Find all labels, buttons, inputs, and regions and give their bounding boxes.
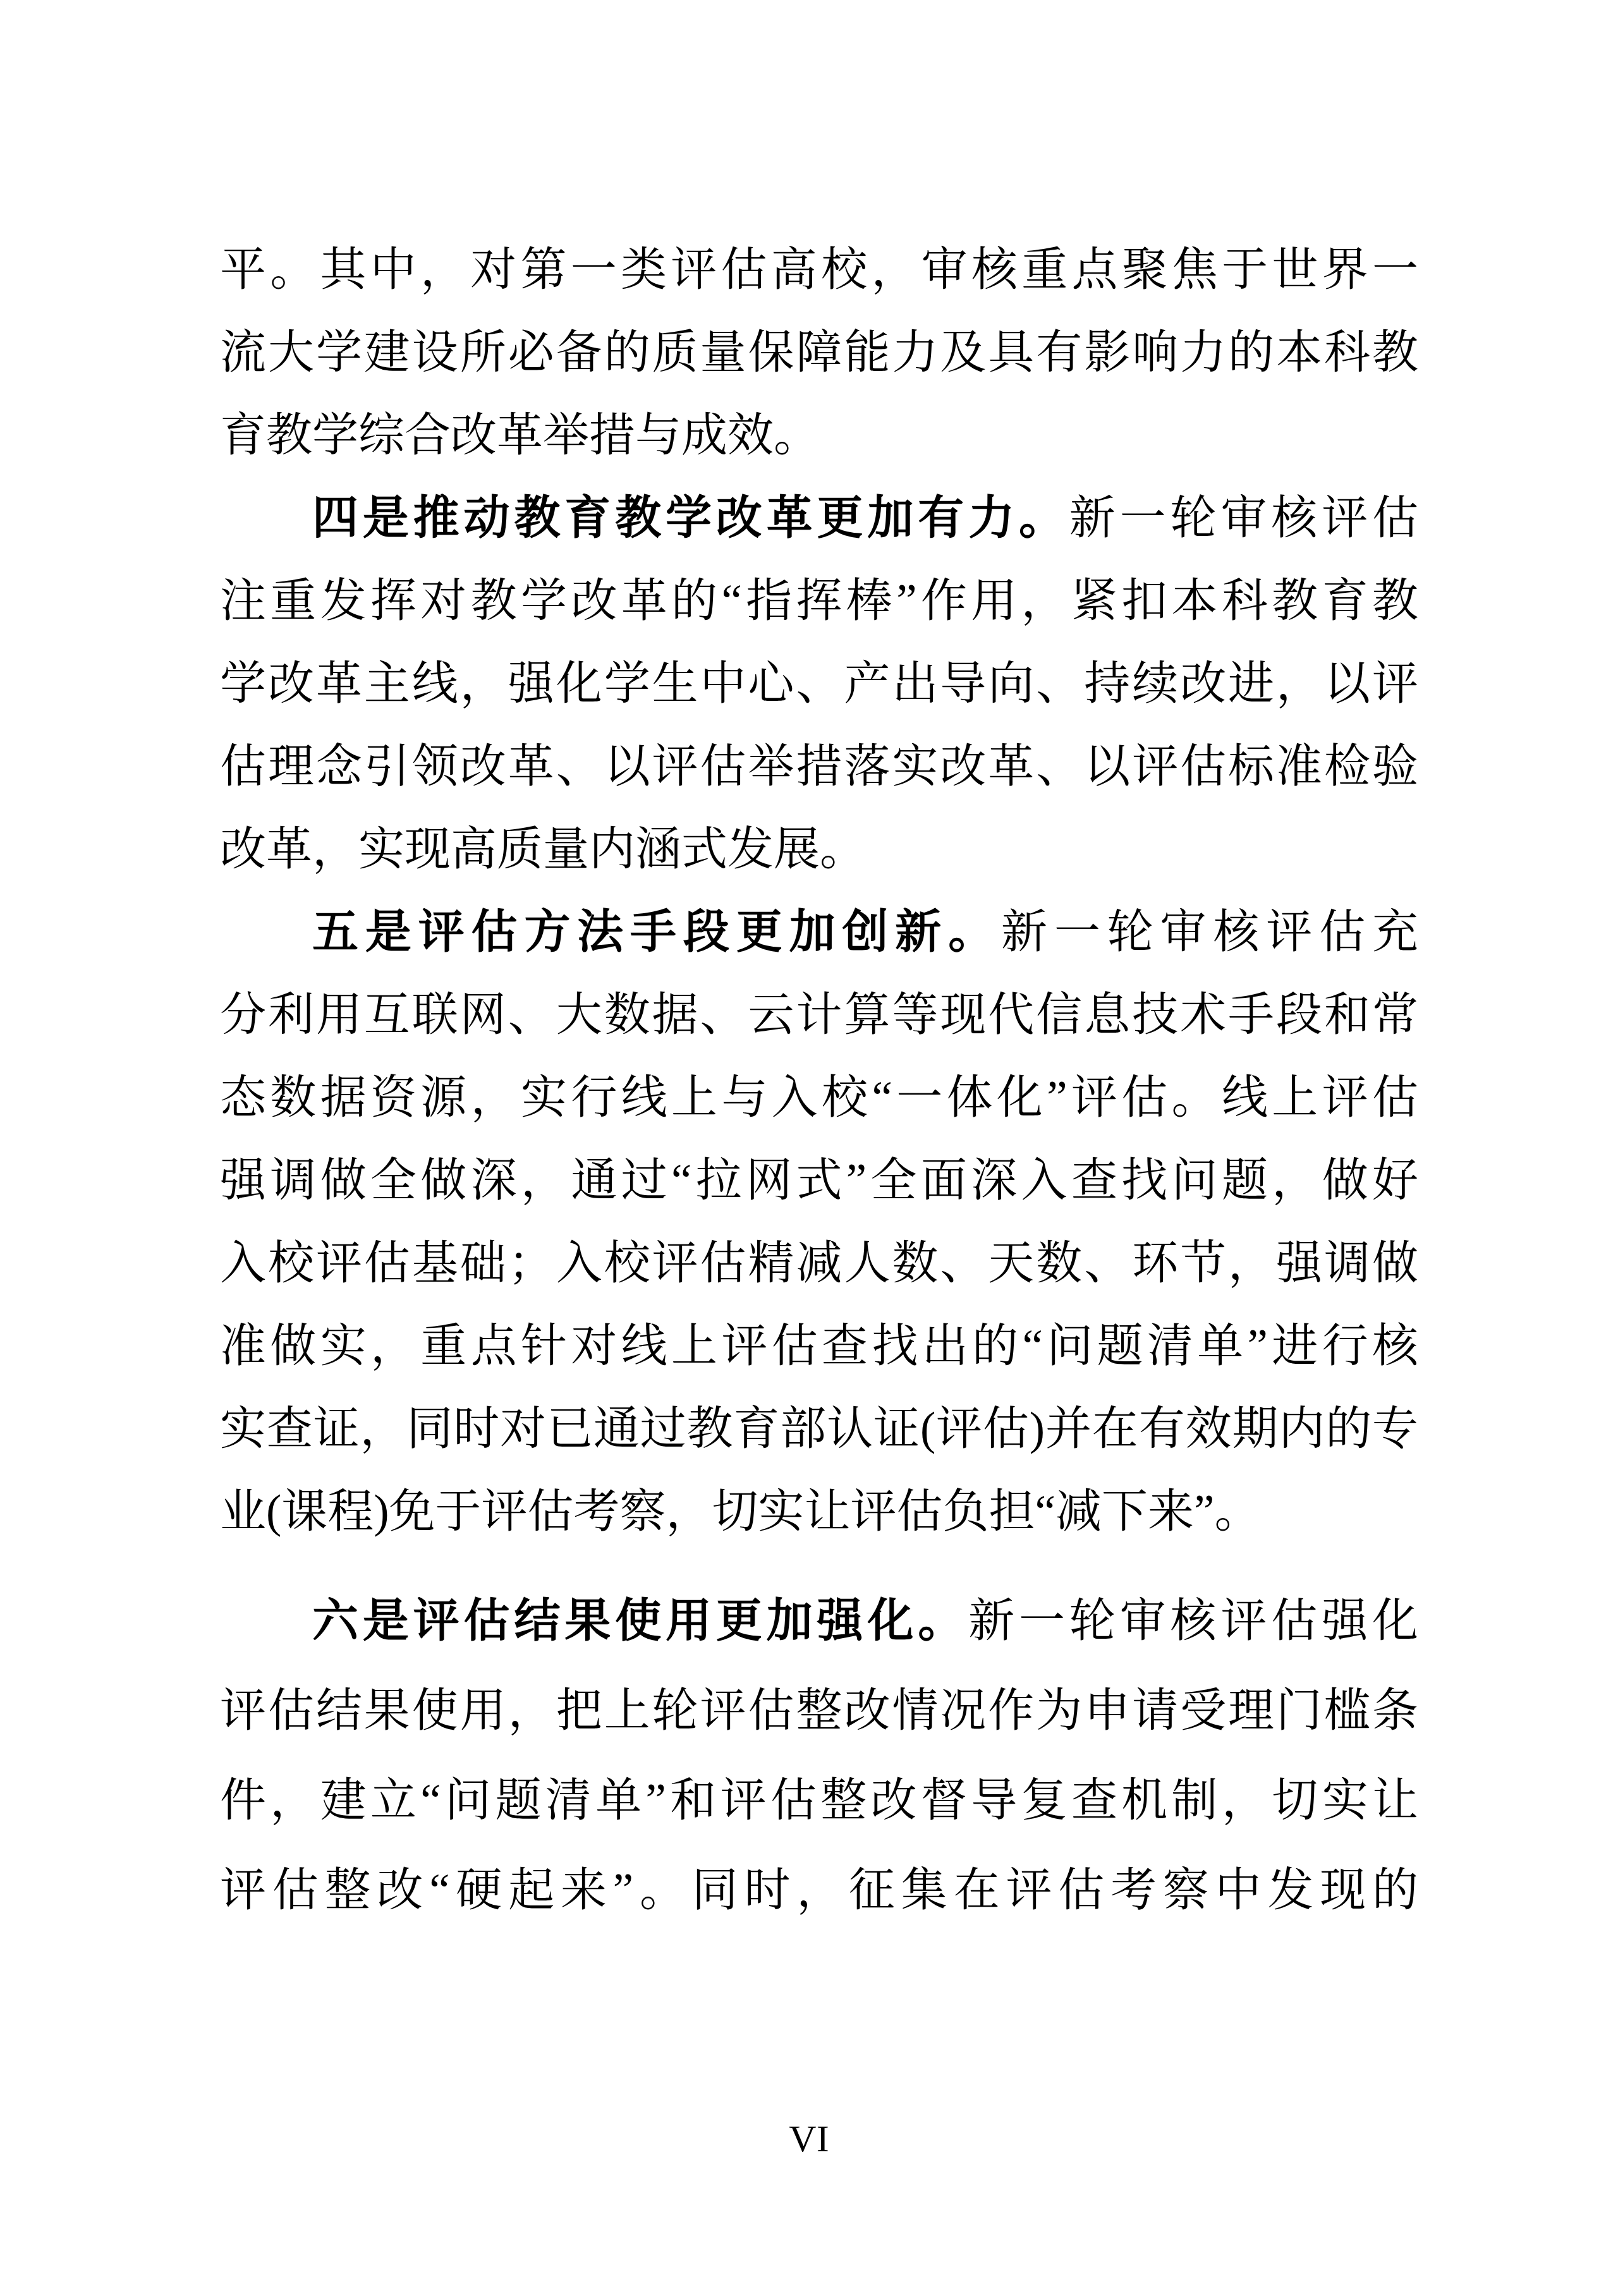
text-line: 育教学综合改革举措与成效。 [220, 394, 1418, 477]
text-line: 平。其中，对第一类评估高校，审核重点聚焦于世界一 [220, 228, 1418, 311]
line-text: 育教学综合改革举措与成效。 [220, 410, 820, 461]
paragraph-heading: 六是评估结果使用更加强化。 [312, 1595, 968, 1646]
line-text: 评估整改“硬起来”。同时，征集在评估考察中发现的 [220, 1864, 1418, 1916]
paragraph-1: 平。其中，对第一类评估高校，审核重点聚焦于世界一 流大学建设所必备的质量保障能力… [220, 228, 1418, 477]
line-text: 评估结果使用，把上轮评估整改情况作为申请受理门槛条 [220, 1685, 1418, 1736]
line-text: 件，建立“问题清单”和评估整改督导复查机制，切实让 [220, 1775, 1418, 1826]
text-line: 评估整改“硬起来”。同时，征集在评估考察中发现的 [220, 1845, 1418, 1935]
line-text: 平。其中，对第一类评估高校，审核重点聚焦于世界一 [220, 244, 1418, 295]
text-line: 估理念引领改革、以评估举措落实改革、以评估标准检验 [220, 725, 1418, 808]
text-line: 强调做全做深，通过“拉网式”全面深入查找问题，做好 [220, 1139, 1418, 1222]
line-text: 业(课程)免于评估考察，切实让评估负担“减下来”。 [220, 1486, 1260, 1537]
line-text: 估理念引领改革、以评估举措落实改革、以评估标准检验 [220, 741, 1418, 792]
text-line: 分利用互联网、大数据、云计算等现代信息技术手段和常 [220, 973, 1418, 1056]
line-text: 准做实，重点针对线上评估查找出的“问题清单”进行核 [220, 1320, 1418, 1371]
text-line: 六是评估结果使用更加强化。新一轮审核评估强化 [220, 1576, 1418, 1666]
line-text: 注重发挥对教学改革的“指挥棒”作用，紧扣本科教育教 [220, 575, 1418, 626]
paragraph-heading: 四是推动教育教学改革更加有力。 [312, 492, 1069, 544]
text-line: 准做实，重点针对线上评估查找出的“问题清单”进行核 [220, 1304, 1418, 1387]
text-line: 学改革主线，强化学生中心、产出导向、持续改进，以评 [220, 642, 1418, 725]
paragraph-2: 四是推动教育教学改革更加有力。新一轮审核评估 注重发挥对教学改革的“指挥棒”作用… [220, 477, 1418, 890]
text-line: 四是推动教育教学改革更加有力。新一轮审核评估 [220, 477, 1418, 559]
line-text: 实查证，同时对已通过教育部认证(评估)并在有效期内的专 [220, 1403, 1418, 1454]
text-line: 评估结果使用，把上轮评估整改情况作为申请受理门槛条 [220, 1666, 1418, 1756]
text-line: 改革，实现高质量内涵式发展。 [220, 808, 1418, 890]
text-line: 入校评估基础；入校评估精减人数、天数、环节，强调做 [220, 1222, 1418, 1304]
text-line: 流大学建设所必备的质量保障能力及具有影响力的本科教 [220, 311, 1418, 394]
document-page: 平。其中，对第一类评估高校，审核重点聚焦于世界一 流大学建设所必备的质量保障能力… [0, 0, 1618, 2296]
page-number: VI [0, 2120, 1618, 2158]
line-text: 改革，实现高质量内涵式发展。 [220, 823, 866, 875]
line-text: 态数据资源，实行线上与入校“一体化”评估。线上评估 [220, 1072, 1418, 1123]
text-line: 五是评估方法手段更加创新。新一轮审核评估充 [220, 890, 1418, 973]
line-text: 强调做全做深，通过“拉网式”全面深入查找问题，做好 [220, 1155, 1418, 1206]
line-text: 新一轮审核评估 [1069, 492, 1418, 544]
paragraph-heading: 五是评估方法手段更加创新。 [312, 906, 1001, 957]
text-line: 注重发挥对教学改革的“指挥棒”作用，紧扣本科教育教 [220, 559, 1418, 642]
line-text: 入校评估基础；入校评估精减人数、天数、环节，强调做 [220, 1237, 1418, 1289]
text-line: 实查证，同时对已通过教育部认证(评估)并在有效期内的专 [220, 1387, 1418, 1470]
line-text: 流大学建设所必备的质量保障能力及具有影响力的本科教 [220, 327, 1418, 378]
text-line: 业(课程)免于评估考察，切实让评估负担“减下来”。 [220, 1470, 1418, 1553]
line-text: 新一轮审核评估充 [1001, 906, 1418, 957]
line-text: 新一轮审核评估强化 [968, 1595, 1418, 1646]
line-text: 学改革主线，强化学生中心、产出导向、持续改进，以评 [220, 658, 1418, 709]
text-block: 平。其中，对第一类评估高校，审核重点聚焦于世界一 流大学建设所必备的质量保障能力… [220, 228, 1418, 1935]
text-line: 件，建立“问题清单”和评估整改督导复查机制，切实让 [220, 1756, 1418, 1845]
line-text: 分利用互联网、大数据、云计算等现代信息技术手段和常 [220, 989, 1418, 1040]
paragraph-4: 六是评估结果使用更加强化。新一轮审核评估强化 评估结果使用，把上轮评估整改情况作… [220, 1576, 1418, 1935]
text-line: 态数据资源，实行线上与入校“一体化”评估。线上评估 [220, 1056, 1418, 1139]
paragraph-3: 五是评估方法手段更加创新。新一轮审核评估充 分利用互联网、大数据、云计算等现代信… [220, 890, 1418, 1553]
